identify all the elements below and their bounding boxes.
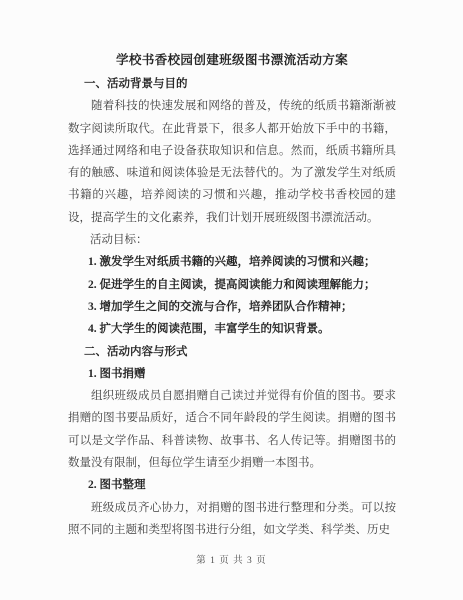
document-content: 学校书香校园创建班级图书漂流活动方案 一、活动背景与目的 随着科技的快速发展和网… bbox=[68, 47, 396, 541]
goals-label: 活动目标： bbox=[68, 229, 396, 251]
subsection-book-donation-heading: 1. 图书捐赠 bbox=[68, 363, 396, 385]
goal-item-1: 1. 激发学生对纸质书籍的兴趣，培养阅读的习惯和兴趣； bbox=[68, 251, 396, 273]
document-page: 学校书香校园创建班级图书漂流活动方案 一、活动背景与目的 随着科技的快速发展和网… bbox=[0, 0, 463, 600]
book-sorting-paragraph: 班级成员齐心协力，对捐赠的图书进行整理和分类。可以按照不同的主题和类型将图书进行… bbox=[68, 497, 396, 542]
subsection-book-sorting-heading: 2. 图书整理 bbox=[68, 474, 396, 496]
background-paragraph: 随着科技的快速发展和网络的普及，传统的纸质书籍渐渐被数字阅读所取代。在此背景下，… bbox=[68, 95, 396, 229]
goal-item-3: 3. 增加学生之间的交流与合作，培养团队合作精神； bbox=[68, 296, 396, 318]
book-donation-paragraph: 组织班级成员自愿捐赠自己读过并觉得有价值的图书。要求捐赠的图书要品质好，适合不同… bbox=[68, 385, 396, 474]
document-title: 学校书香校园创建班级图书漂流活动方案 bbox=[68, 47, 396, 73]
section-content-heading: 二、活动内容与形式 bbox=[68, 341, 396, 363]
section-background-heading: 一、活动背景与目的 bbox=[68, 73, 396, 95]
page-number-footer: 第 1 页 共 3 页 bbox=[0, 556, 463, 567]
goal-item-2: 2. 促进学生的自主阅读，提高阅读能力和阅读理解能力； bbox=[68, 274, 396, 296]
goal-item-4: 4. 扩大学生的阅读范围，丰富学生的知识背景。 bbox=[68, 318, 396, 340]
